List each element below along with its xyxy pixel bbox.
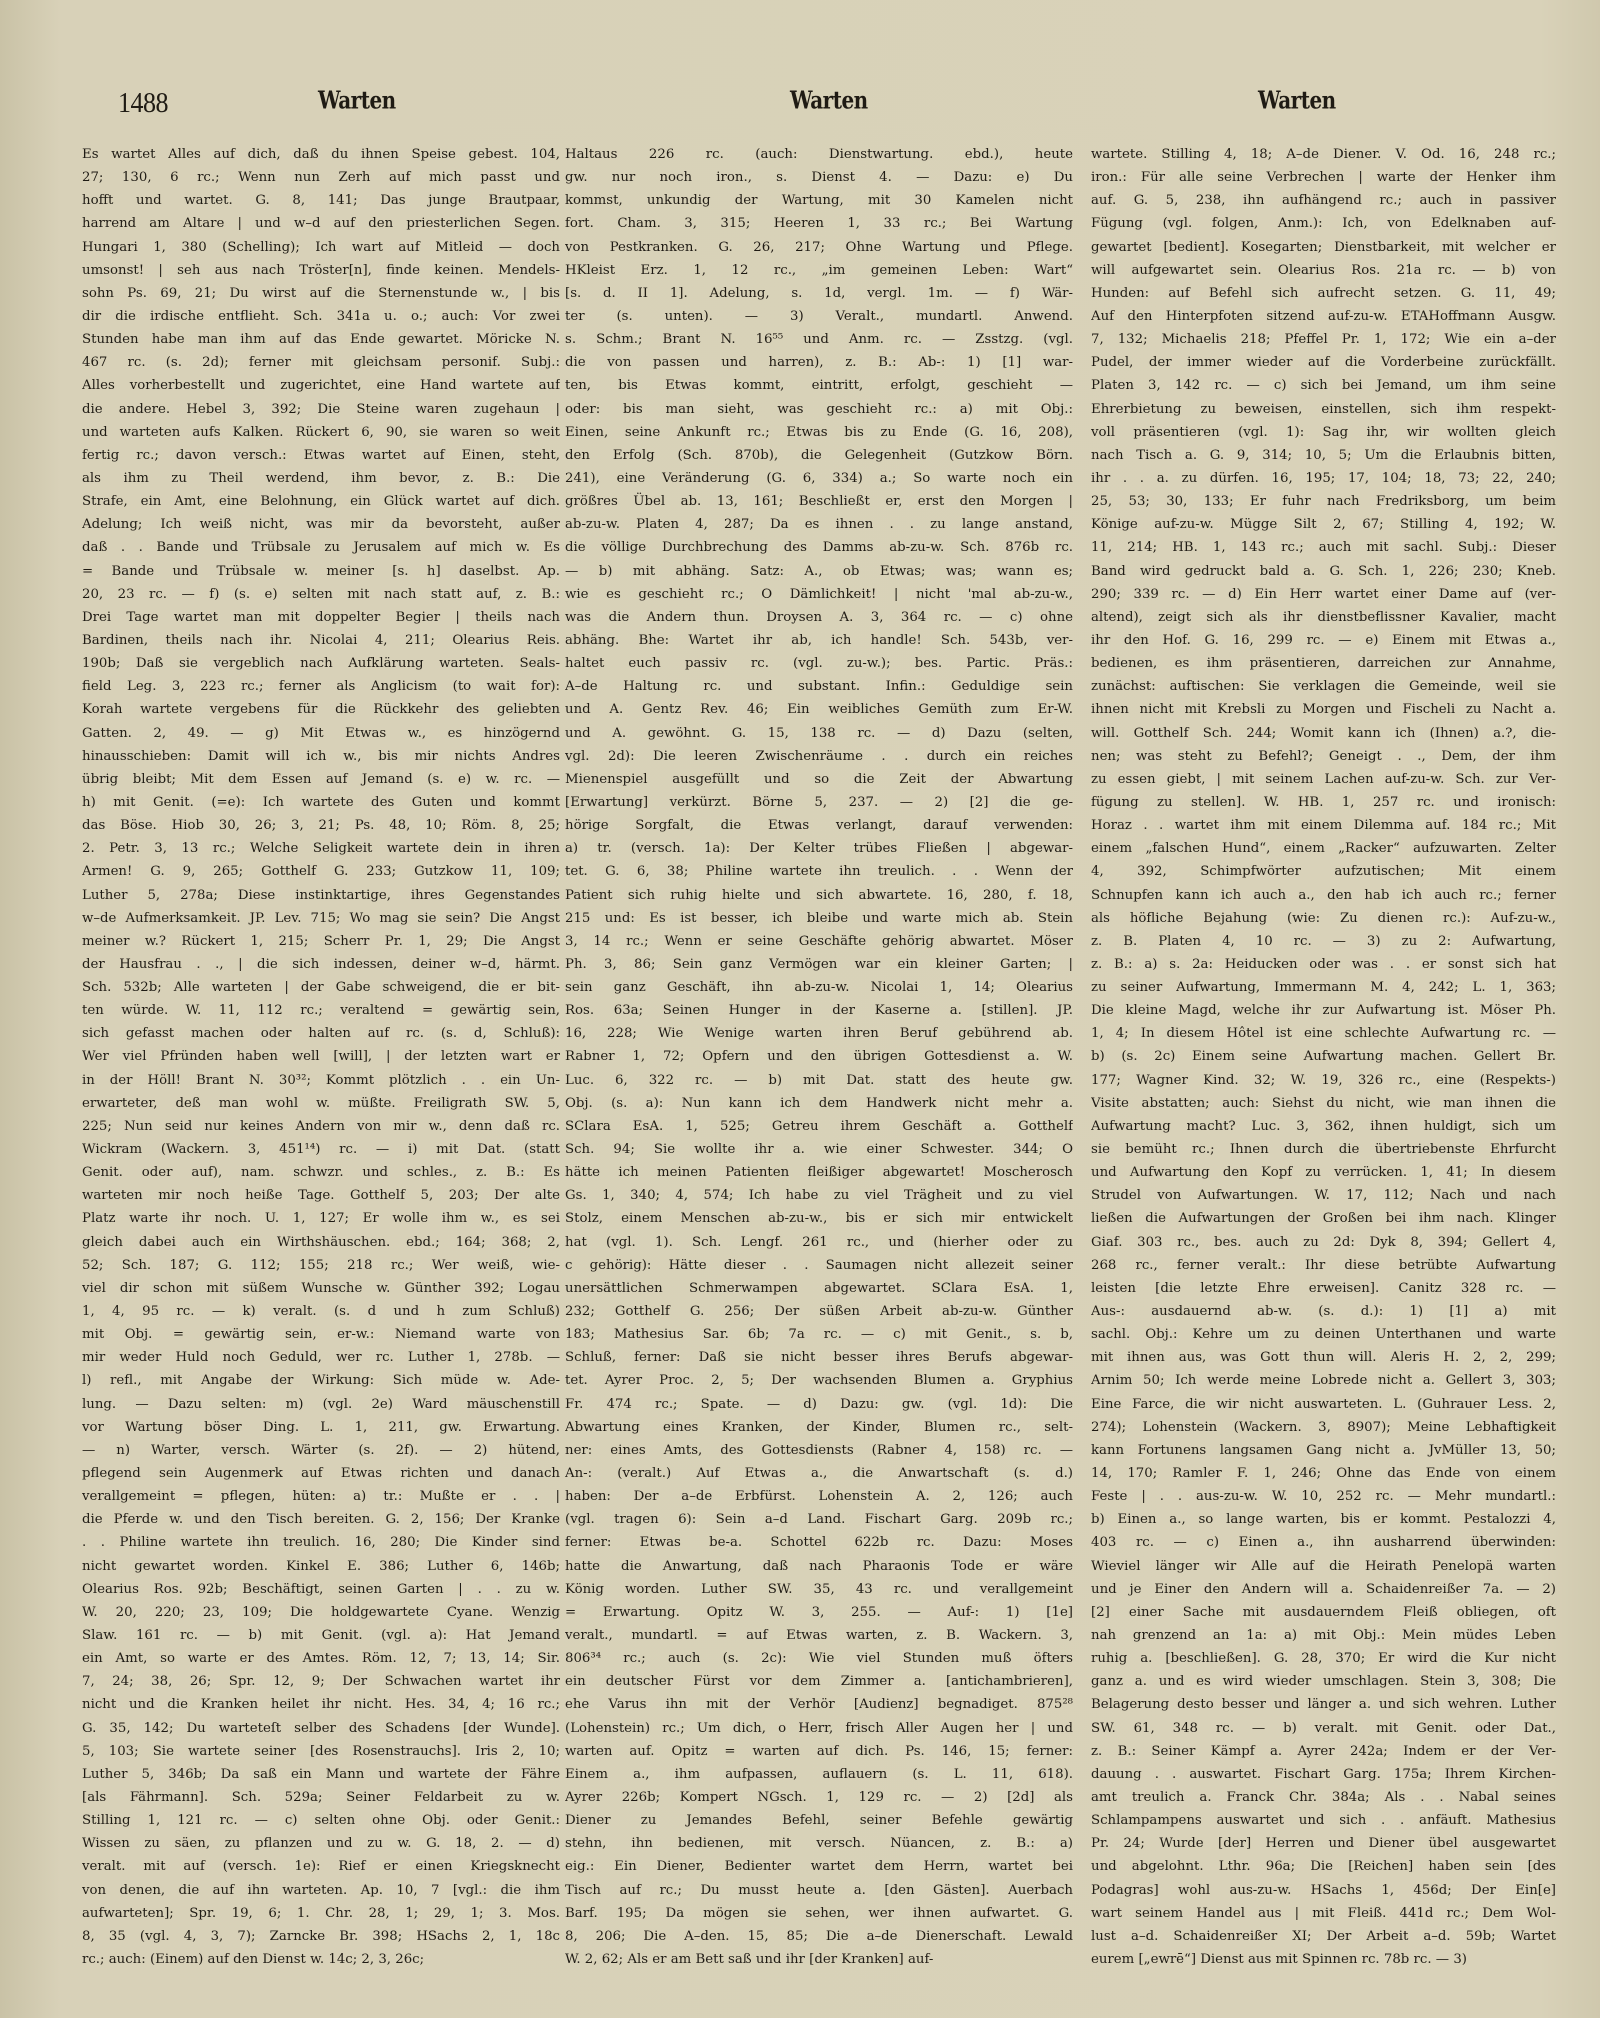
text-line: ner: eines Amts, des Gottesdiensts (Rabn… <box>565 1439 1073 1462</box>
text-line: sein ganz Geschäft, ihn ab-zu-w. Nicolai… <box>565 976 1073 999</box>
text-line: nicht gewartet worden. Kinkel E. 386; Lu… <box>82 1555 560 1578</box>
text-line: b) Einen a., so lange warten, bis er kom… <box>1091 1508 1556 1531</box>
text-line: Stilling 1, 121 rc. — c) selten ohne Obj… <box>82 1809 560 1832</box>
text-line: was die Andern thun. Droysen A. 3, 364 r… <box>565 606 1073 629</box>
text-line: Alles vorherbestellt und zugerichtet, ei… <box>82 374 560 397</box>
text-line: Schlampampens auswartet und sich . . anf… <box>1091 1809 1556 1832</box>
text-line: fort. Cham. 3, 315; Heeren 1, 33 rc.; Be… <box>565 212 1073 235</box>
text-line: die Pferde w. und den Tisch bereiten. G.… <box>82 1508 560 1531</box>
text-line: Mienenspiel ausgefüllt und so die Zeit d… <box>565 768 1073 791</box>
text-line: stehn, ihn bedienen, mit versch. Nüancen… <box>565 1832 1073 1855</box>
text-line: unersättlichen Schmerwampen abgewartet. … <box>565 1277 1073 1300</box>
text-line: hinausschieben: Damit will ich w., bis m… <box>82 745 560 768</box>
text-line: ter (s. unten). — 3) Veralt., mundartl. … <box>565 305 1073 328</box>
text-line: 467 rc. (s. 2d); ferner mit gleichsam pe… <box>82 351 560 374</box>
text-line: zunächst: auftischen: Sie verklagen die … <box>1091 675 1556 698</box>
text-line: die völlige Durchbrechung des Damms ab-z… <box>565 536 1073 559</box>
text-line: veralt. mit auf (versch. 1e): Rief er ei… <box>82 1855 560 1878</box>
text-line: = Erwartung. Opitz W. 3, 255. — Auf-: 1)… <box>565 1601 1073 1624</box>
text-line: Adelung; Ich weiß nicht, was mir da bevo… <box>82 513 560 536</box>
text-line: mit Obj. = gewärtig sein, er-w.: Niemand… <box>82 1323 560 1346</box>
text-line: Tisch auf rc.; Du musst heute a. [den Gä… <box>565 1879 1073 1902</box>
text-line: Gs. 1, 340; 4, 574; Ich habe zu viel Trä… <box>565 1184 1073 1207</box>
text-line: G. 35, 142; Du warteteſt selber des Scha… <box>82 1717 560 1740</box>
text-line: — n) Warter, versch. Wärter (s. 2f). — 2… <box>82 1439 560 1462</box>
text-line: Aufwartung macht? Luc. 3, 362, ihnen hul… <box>1091 1115 1556 1138</box>
text-line: (vgl. tragen 6): Sein a–d Land. Fischart… <box>565 1508 1073 1531</box>
text-line: Luther 5, 278a; Diese instinktartige, ih… <box>82 884 560 907</box>
text-line: Belagerung desto besser und länger a. un… <box>1091 1693 1556 1716</box>
text-line: eurem [„ewrē“] Dienst aus mit Spinnen rc… <box>1091 1948 1556 1971</box>
text-line: Genit. oder auf), nam. schwzr. und schle… <box>82 1161 560 1184</box>
text-line: 4, 392, Schimpfwörter aufzutischen; Mit … <box>1091 860 1556 883</box>
text-line: hat (vgl. 1). Sch. Lengf. 261 rc., und (… <box>565 1231 1073 1254</box>
text-line: die von passen und harren), z. B.: Ab-: … <box>565 351 1073 374</box>
text-line: ferner: Etwas be-a. Schottel 622b rc. Da… <box>565 1531 1073 1554</box>
text-line: sachl. Obj.: Kehre um zu deinen Untertha… <box>1091 1323 1556 1346</box>
text-line: z. B. Platen 4, 10 rc. — 3) zu 2: Aufwar… <box>1091 930 1556 953</box>
text-line: pflegend sein Augenmerk auf Etwas richte… <box>82 1462 560 1485</box>
text-line: in der Höll! Brant N. 30³²; Kommt plötzl… <box>82 1069 560 1092</box>
running-head-right: Warten <box>1258 86 1336 115</box>
text-line: 1, 4; In diesem Hôtel ist eine schlechte… <box>1091 1022 1556 1045</box>
text-line: Armen! G. 9, 265; Gotthelf G. 233; Gutzk… <box>82 860 560 883</box>
text-line: Hunden: auf Befehl sich aufrecht setzen.… <box>1091 282 1556 305</box>
text-line: — b) mit abhäng. Satz: A., ob Etwas; was… <box>565 560 1073 583</box>
text-line: A–de Haltung rc. und substant. Infin.: G… <box>565 675 1073 698</box>
text-line: sohn Ps. 69, 21; Du wirst auf die Sterne… <box>82 282 560 305</box>
text-line: l) refl., mit Angabe der Wirkung: Sich m… <box>82 1369 560 1392</box>
text-line: erwarteter, deß man wohl w. müßte. Freil… <box>82 1092 560 1115</box>
text-line: will. Gotthelf Sch. 244; Womit kann ich … <box>1091 722 1556 745</box>
text-line: tet. G. 6, 38; Philine wartete ihn treul… <box>565 860 1073 883</box>
text-line: 215 und: Es ist besser, ich bleibe und w… <box>565 907 1073 930</box>
text-line: hätte ich meinen Patienten fleißiger abg… <box>565 1161 1073 1184</box>
text-line: Patient sich ruhig hielte und sich abwar… <box>565 884 1073 907</box>
text-line: eig.: Ein Diener, Bedienter wartet dem H… <box>565 1855 1073 1878</box>
text-line: mir weder Huld noch Geduld, wer rc. Luth… <box>82 1346 560 1369</box>
text-line: viel dir schon mit süßem Wunsche w. Günt… <box>82 1277 560 1300</box>
text-column-3: wartete. Stilling 4, 18; A–de Diener. V.… <box>1091 143 1556 1971</box>
text-line: Sch. 532b; Alle warteten | der Gabe schw… <box>82 976 560 999</box>
text-line: nah grenzend an 1a: a) mit Obj.: Mein mü… <box>1091 1624 1556 1647</box>
text-line: [als Fährmann]. Sch. 529a; Seiner Feldar… <box>82 1786 560 1809</box>
text-line: vgl. 2d): Die leeren Zwischenräume . . d… <box>565 745 1073 768</box>
text-line: ab-zu-w. Platen 4, 287; Da es ihnen . . … <box>565 513 1073 536</box>
text-line: kommst, unkundig der Wartung, mit 30 Kam… <box>565 189 1073 212</box>
text-line: s. Schm.; Brant N. 16⁵⁵ und Anm. rc. — Z… <box>565 328 1073 351</box>
text-line: 183; Mathesius Sar. 6b; 7a rc. — c) mit … <box>565 1323 1073 1346</box>
text-line: ließen die Aufwartungen der Großen bei i… <box>1091 1207 1556 1230</box>
text-line: iron.: Für alle seine Verbrechen | warte… <box>1091 166 1556 189</box>
text-line: SW. 61, 348 rc. — b) veralt. mit Genit. … <box>1091 1717 1556 1740</box>
text-line: Arnim 50; Ich werde meine Lobrede nicht … <box>1091 1369 1556 1392</box>
text-line: sie bemüht rc.; Ihnen durch die übertrie… <box>1091 1138 1556 1161</box>
text-line: tet. Ayrer Proc. 2, 5; Der wachsenden Bl… <box>565 1369 1073 1392</box>
text-line: fügung zu stellen]. W. HB. 1, 257 rc. un… <box>1091 791 1556 814</box>
text-line: nach Tisch a. G. 9, 314; 10, 5; Um die E… <box>1091 444 1556 467</box>
text-line: wie es geschieht rc.; O Dämlichkeit! | n… <box>565 583 1073 606</box>
text-line: 11, 214; HB. 1, 143 rc.; auch mit sachl.… <box>1091 536 1556 559</box>
text-line: Luc. 6, 322 rc. — b) mit Dat. statt des … <box>565 1069 1073 1092</box>
text-line: Gatten. 2, 49. — g) Mit Etwas w., es hin… <box>82 722 560 745</box>
text-line: vor Wartung böser Ding. L. 1, 211, gw. E… <box>82 1416 560 1439</box>
text-line: Korah wartete vergebens für die Rückkehr… <box>82 698 560 721</box>
text-line: altend), zeigt sich als ihr dienstbeflis… <box>1091 606 1556 629</box>
text-line: ten, bis Etwas kommt, eintritt, erfolgt,… <box>565 374 1073 397</box>
text-line: Stunden habe man ihm auf das Ende gewart… <box>82 328 560 351</box>
text-line: Einem a., ihm aufpassen, auflauern (s. L… <box>565 1763 1073 1786</box>
text-line: 241), eine Veränderung (G. 6, 334) a.; S… <box>565 467 1073 490</box>
text-line: ein Amt, so warte er des Amtes. Röm. 12,… <box>82 1647 560 1670</box>
text-line: ihr den Hof. G. 16, 299 rc. — e) Einem m… <box>1091 629 1556 652</box>
text-line: Platz warte ihr noch. U. 1, 127; Er woll… <box>82 1207 560 1230</box>
text-line: die andere. Hebel 3, 392; Die Steine war… <box>82 398 560 421</box>
text-line: Obj. (s. a): Nun kann ich dem Handwerk n… <box>565 1092 1073 1115</box>
text-line: 7, 132; Michaelis 218; Pfeffel Pr. 1, 17… <box>1091 328 1556 351</box>
text-line: 225; Nun seid nur keines Andern von mir … <box>82 1115 560 1138</box>
text-line: mit ihnen aus, was Gott thun will. Aleri… <box>1091 1346 1556 1369</box>
text-line: 7, 24; 38, 26; Spr. 12, 9; Der Schwachen… <box>82 1670 560 1693</box>
text-line: Schnupfen kann ich auch a., den hab ich … <box>1091 884 1556 907</box>
text-line: voll präsentieren (vgl. 1): Sag ihr, wir… <box>1091 421 1556 444</box>
text-line: [Erwartung] verkürzt. Börne 5, 237. — 2)… <box>565 791 1073 814</box>
text-line: Sch. 94; Sie wollte ihr a. wie einer Sch… <box>565 1138 1073 1161</box>
text-line: 274); Lohenstein (Wackern. 3, 8907); Mei… <box>1091 1416 1556 1439</box>
text-line: Wissen zu säen, zu pflanzen und zu w. G.… <box>82 1832 560 1855</box>
text-line: rc.; auch: (Einem) auf den Dienst w. 14c… <box>82 1948 560 1971</box>
text-line: 177; Wagner Kind. 32; W. 19, 326 rc., ei… <box>1091 1069 1556 1092</box>
text-line: haben: Der a–de Erbfürst. Lohenstein A. … <box>565 1485 1073 1508</box>
text-line: Band wird gedruckt bald a. G. Sch. 1, 22… <box>1091 560 1556 583</box>
text-line: umsonst! | seh aus nach Tröster[n], find… <box>82 259 560 282</box>
text-line: gleich dabei auch ein Wirthshäuschen. eb… <box>82 1231 560 1254</box>
text-line: Bardinen, theils nach ihr. Nicolai 4, 21… <box>82 629 560 652</box>
text-line: oder: bis man sieht, was geschieht rc.: … <box>565 398 1073 421</box>
text-line: Es wartet Alles auf dich, daß du ihnen S… <box>82 143 560 166</box>
text-line: field Leg. 3, 223 rc.; ferner als Anglic… <box>82 675 560 698</box>
text-line: Stolz, einem Menschen ab-zu-w., bis er s… <box>565 1207 1073 1230</box>
text-line: Haltaus 226 rc. (auch: Dienstwartung. eb… <box>565 143 1073 166</box>
text-line: W. 20, 220; 23, 109; Die holdgewartete C… <box>82 1601 560 1624</box>
running-head-center: Warten <box>790 86 868 115</box>
text-line: kann Fortunens langsamen Gang nicht a. J… <box>1091 1439 1556 1462</box>
text-line: bedienen, es ihm präsentieren, darreiche… <box>1091 652 1556 675</box>
text-line: hörige Sorgfalt, die Etwas verlangt, dar… <box>565 814 1073 837</box>
text-line: Eine Farce, die wir nicht auswarteten. L… <box>1091 1393 1556 1416</box>
text-line: übrig bleibt; Mit dem Essen auf Jemand (… <box>82 768 560 791</box>
text-line: [2] einer Sache mit ausdauerndem Fleiß o… <box>1091 1601 1556 1624</box>
text-line: nen; was steht zu Befehl?; Geneigt . ., … <box>1091 745 1556 768</box>
text-line: Hungari 1, 380 (Schelling); Ich wart auf… <box>82 236 560 259</box>
text-line: c gehörig): Hätte dieser . . Saumagen ni… <box>565 1254 1073 1277</box>
text-line: lust a–d. Schaidenreißer XI; Der Arbeit … <box>1091 1925 1556 1948</box>
text-line: 3, 14 rc.; Wenn er seine Geschäfte gehör… <box>565 930 1073 953</box>
text-line: Auf den Hinterpfoten sitzend auf-zu-w. E… <box>1091 305 1556 328</box>
text-line: Giaf. 303 rc., bes. auch zu 2d: Dyk 8, 3… <box>1091 1231 1556 1254</box>
text-line: 2. Petr. 3, 13 rc.; Welche Seligkeit war… <box>82 837 560 860</box>
text-line: und A. gewöhnt. G. 15, 138 rc. — d) Dazu… <box>565 722 1073 745</box>
text-line: ein deutscher Fürst vor dem Zimmer a. [a… <box>565 1670 1073 1693</box>
text-line: 52; Sch. 187; G. 112; 155; 218 rc.; Wer … <box>82 1254 560 1277</box>
running-head-left: Warten <box>318 86 396 115</box>
text-line: ganz a. und es wird wieder umschlagen. S… <box>1091 1670 1556 1693</box>
text-line: Wieviel länger wir Alle auf die Heirath … <box>1091 1555 1556 1578</box>
text-line: von denen, die auf ihn warteten. Ap. 10,… <box>82 1879 560 1902</box>
text-line: und warteten aufs Kalken. Rückert 6, 90,… <box>82 421 560 444</box>
text-line: h) mit Genit. (=e): Ich wartete des Gute… <box>82 791 560 814</box>
text-line: 268 rc., ferner veralt.: Ihr diese betrü… <box>1091 1254 1556 1277</box>
text-line: daß . . Bande und Trübsale zu Jerusalem … <box>82 536 560 559</box>
text-line: verallgemeint = pflegen, hüten: a) tr.: … <box>82 1485 560 1508</box>
text-line: und A. Gentz Rev. 46; Ein weibliches Gem… <box>565 698 1073 721</box>
text-line: Schluß, ferner: Daß sie nicht besser ihr… <box>565 1346 1073 1369</box>
text-line: abhäng. Bhe: Wartet ihr ab, ich handle! … <box>565 629 1073 652</box>
text-line: nicht und die Kranken heilet ihr nicht. … <box>82 1693 560 1716</box>
text-line: 25, 53; 30, 133; Er fuhr nach Fredriksbo… <box>1091 490 1556 513</box>
text-line: 5, 103; Sie wartete seiner [des Rosenstr… <box>82 1740 560 1763</box>
text-line: Wer viel Pfründen haben well [will], | d… <box>82 1045 560 1068</box>
text-line: einem „falschen Hund“, einem „Racker“ au… <box>1091 837 1556 860</box>
text-line: hatte die Anwartung, daß nach Pharaonis … <box>565 1555 1073 1578</box>
text-line: z. B.: a) s. 2a: Heiducken oder was . . … <box>1091 953 1556 976</box>
text-line: Aus-: ausdauernd ab-w. (s. d.): 1) [1] a… <box>1091 1300 1556 1323</box>
text-line: 1, 4, 95 rc. — k) veralt. (s. d und h zu… <box>82 1300 560 1323</box>
text-line: [s. d. II 1]. Adelung, s. 1d, vergl. 1m.… <box>565 282 1073 305</box>
text-line: a) tr. (versch. 1a): Der Kelter trübes F… <box>565 837 1073 860</box>
text-line: 403 rc. — c) Einen a., ihn ausharrend üb… <box>1091 1531 1556 1554</box>
text-line: von Pestkranken. G. 26, 217; Ohne Wartun… <box>565 236 1073 259</box>
text-line: auf. G. 5, 238, ihn aufhängend rc.; auch… <box>1091 189 1556 212</box>
text-line: 14, 170; Ramler F. 1, 246; Ohne das Ende… <box>1091 1462 1556 1485</box>
text-line: Diener zu Jemandes Befehl, seiner Befehl… <box>565 1809 1073 1832</box>
text-line: SClara EsA. 1, 525; Getreu ihrem Geschäf… <box>565 1115 1073 1138</box>
text-line: ruhig a. [beschließen]. G. 28, 370; Er w… <box>1091 1647 1556 1670</box>
text-line: Die kleine Magd, welche ihr zur Aufwartu… <box>1091 999 1556 1022</box>
text-line: ihr . . a. zu dürfen. 16, 195; 17, 104; … <box>1091 467 1556 490</box>
text-line: Fügung (vgl. folgen, Anm.): Ich, von Ede… <box>1091 212 1556 235</box>
text-line: Feste | . . aus-zu-w. W. 10, 252 rc. — M… <box>1091 1485 1556 1508</box>
text-line: der Hausfrau . ., | die sich indessen, d… <box>82 953 560 976</box>
text-line: will aufgewartet sein. Olearius Ros. 21a… <box>1091 259 1556 282</box>
text-line: den Erfolg (Sch. 870b), die Gelegenheit … <box>565 444 1073 467</box>
text-line: 8, 35 (vgl. 4, 3, 7); Zarncke Br. 398; H… <box>82 1925 560 1948</box>
text-line: sich gefasst machen oder halten auf rc. … <box>82 1022 560 1045</box>
text-line: dauung . . auswartet. Fischart Garg. 175… <box>1091 1763 1556 1786</box>
text-line: Visite abstatten; auch: Siehst du nicht,… <box>1091 1092 1556 1115</box>
text-line: amt treulich a. Franck Chr. 384a; Als . … <box>1091 1786 1556 1809</box>
text-line: b) (s. 2c) Einem seine Aufwartung machen… <box>1091 1045 1556 1068</box>
text-line: fertig rc.; davon versch.: Etwas wartet … <box>82 444 560 467</box>
text-line: 8, 206; Die A–den. 15, 85; Die a–de Dien… <box>565 1925 1073 1948</box>
text-line: Fr. 474 rc.; Spate. — d) Dazu: gw. (vgl.… <box>565 1393 1073 1416</box>
text-line: lung. — Dazu selten: m) (vgl. 2e) Ward m… <box>82 1393 560 1416</box>
text-line: Könige auf-zu-w. Mügge Silt 2, 67; Still… <box>1091 513 1556 536</box>
text-column-1: Es wartet Alles auf dich, daß du ihnen S… <box>82 143 560 1971</box>
text-line: Ehrerbietung zu beweisen, einstellen, si… <box>1091 398 1556 421</box>
text-line: und Aufwartung den Kopf zu verrücken. 1,… <box>1091 1161 1556 1184</box>
text-line: Strudel von Aufwartungen. W. 17, 112; Na… <box>1091 1184 1556 1207</box>
text-line: . . Philine wartete ihn treulich. 16, 28… <box>82 1531 560 1554</box>
text-line: und abgelohnt. Lthr. 96a; Die [Reichen] … <box>1091 1855 1556 1878</box>
text-line: Luther 5, 346b; Da saß ein Mann und wart… <box>82 1763 560 1786</box>
text-line: König worden. Luther SW. 35, 43 rc. und … <box>565 1578 1073 1601</box>
text-line: 232; Gotthelf G. 256; Der süßen Arbeit a… <box>565 1300 1073 1323</box>
text-line: zu essen giebt, | mit seinem Lachen auf-… <box>1091 768 1556 791</box>
text-line: als ihm zu Theil werdend, ihm bevor, z. … <box>82 467 560 490</box>
text-line: gewartet [bedient]. Kosegarten; Dienstba… <box>1091 236 1556 259</box>
text-line: Drei Tage wartet man mit doppelter Begie… <box>82 606 560 629</box>
text-line: Pr. 24; Wurde [der] Herren und Diener üb… <box>1091 1832 1556 1855</box>
text-line: z. B.: Seiner Kämpf a. Ayrer 242a; Indem… <box>1091 1740 1556 1763</box>
text-line: 20, 23 rc. — f) (s. e) selten mit nach s… <box>82 583 560 606</box>
text-line: harrend am Altare | und w–d auf den prie… <box>82 212 560 235</box>
text-line: meiner w.? Rückert 1, 215; Scherr Pr. 1,… <box>82 930 560 953</box>
text-line: wart seinem Handel aus | mit Fleiß. 441d… <box>1091 1902 1556 1925</box>
text-line: Ros. 63a; Seinen Hunger in der Kaserne a… <box>565 999 1073 1022</box>
text-line: (Lohenstein) rc.; Um dich, o Herr, frisc… <box>565 1717 1073 1740</box>
text-line: aufwarteten]; Spr. 19, 6; 1. Chr. 28, 1;… <box>82 1902 560 1925</box>
text-line: Pudel, der immer wieder auf die Vorderbe… <box>1091 351 1556 374</box>
page-header: 1488 Warten Warten Warten <box>0 82 1600 122</box>
text-line: ihnen nicht mit Krebsli zu Morgen und Fi… <box>1091 698 1556 721</box>
page-number: 1488 <box>118 87 168 120</box>
text-line: wartete. Stilling 4, 18; A–de Diener. V.… <box>1091 143 1556 166</box>
text-line: warteten mir noch heiße Tage. Gotthelf 5… <box>82 1184 560 1207</box>
text-line: größres Übel ab. 13, 161; Beschließt er,… <box>565 490 1073 513</box>
text-line: An-: (veralt.) Auf Etwas a., die Anwarts… <box>565 1462 1073 1485</box>
text-line: das Böse. Hiob 30, 26; 3, 21; Ps. 48, 10… <box>82 814 560 837</box>
text-line: 27; 130, 6 rc.; Wenn nun Zerh auf mich p… <box>82 166 560 189</box>
text-line: hofft und wartet. G. 8, 141; Das junge B… <box>82 189 560 212</box>
text-line: veralt., mundartl. = auf Etwas warten, z… <box>565 1624 1073 1647</box>
text-line: HKleist Erz. 1, 12 rc., „im gemeinen Leb… <box>565 259 1073 282</box>
text-column-2: Haltaus 226 rc. (auch: Dienstwartung. eb… <box>565 143 1073 1971</box>
text-line: Horaz . . wartet ihm mit einem Dilemma a… <box>1091 814 1556 837</box>
text-line: Olearius Ros. 92b; Beschäftigt, seinen G… <box>82 1578 560 1601</box>
text-line: leisten [die letzte Ehre erweisen]. Cani… <box>1091 1277 1556 1300</box>
text-line: 806³⁴ rc.; auch (s. 2c): Wie viel Stunde… <box>565 1647 1073 1670</box>
text-line: Strafe, ein Amt, eine Belohnung, ein Glü… <box>82 490 560 513</box>
text-line: dir die irdische entflieht. Sch. 341a u.… <box>82 305 560 328</box>
text-line: und je Einer den Andern will a. Schaiden… <box>1091 1578 1556 1601</box>
text-line: ten würde. W. 11, 112 rc.; veraltend = g… <box>82 999 560 1022</box>
text-line: Podagras] wohl aus-zu-w. HSachs 1, 456d;… <box>1091 1879 1556 1902</box>
text-line: gw. nur noch iron., s. Dienst 4. — Dazu:… <box>565 166 1073 189</box>
text-line: Ayrer 226b; Kompert NGsch. 1, 129 rc. — … <box>565 1786 1073 1809</box>
text-line: Wickram (Wackern. 3, 451¹⁴) rc. — i) mit… <box>82 1138 560 1161</box>
text-line: w–de Aufmerksamkeit. JP. Lev. 715; Wo ma… <box>82 907 560 930</box>
text-line: 190b; Daß sie vergeblich nach Aufklärung… <box>82 652 560 675</box>
text-line: = Bande und Trübsale w. meiner [s. h] da… <box>82 560 560 583</box>
text-line: Einen, seine Ankunft rc.; Etwas bis zu E… <box>565 421 1073 444</box>
text-line: 290; 339 rc. — d) Ein Herr wartet einer … <box>1091 583 1556 606</box>
text-line: W. 2, 62; Als er am Bett saß und ihr [de… <box>565 1948 1073 1971</box>
text-line: warten auf. Opitz = warten auf dich. Ps.… <box>565 1740 1073 1763</box>
text-line: als höfliche Bejahung (wie: Zu dienen rc… <box>1091 907 1556 930</box>
text-line: Barf. 195; Da mögen sie sehen, wer ihnen… <box>565 1902 1073 1925</box>
text-line: Rabner 1, 72; Opfern und den übrigen Got… <box>565 1045 1073 1068</box>
text-line: 16, 228; Wie Wenige warten ihren Beruf g… <box>565 1022 1073 1045</box>
text-line: haltet euch passiv rc. (vgl. zu-w.); bes… <box>565 652 1073 675</box>
text-line: Slaw. 161 rc. — b) mit Genit. (vgl. a): … <box>82 1624 560 1647</box>
text-line: zu seiner Aufwartung, Immermann M. 4, 24… <box>1091 976 1556 999</box>
text-line: Abwartung eines Kranken, der Kinder, Blu… <box>565 1416 1073 1439</box>
text-line: Ph. 3, 86; Sein ganz Vermögen war ein kl… <box>565 953 1073 976</box>
text-line: ehe Varus ihn mit der Verhör [Audienz] b… <box>565 1693 1073 1716</box>
text-line: Platen 3, 142 rc. — c) sich bei Jemand, … <box>1091 374 1556 397</box>
